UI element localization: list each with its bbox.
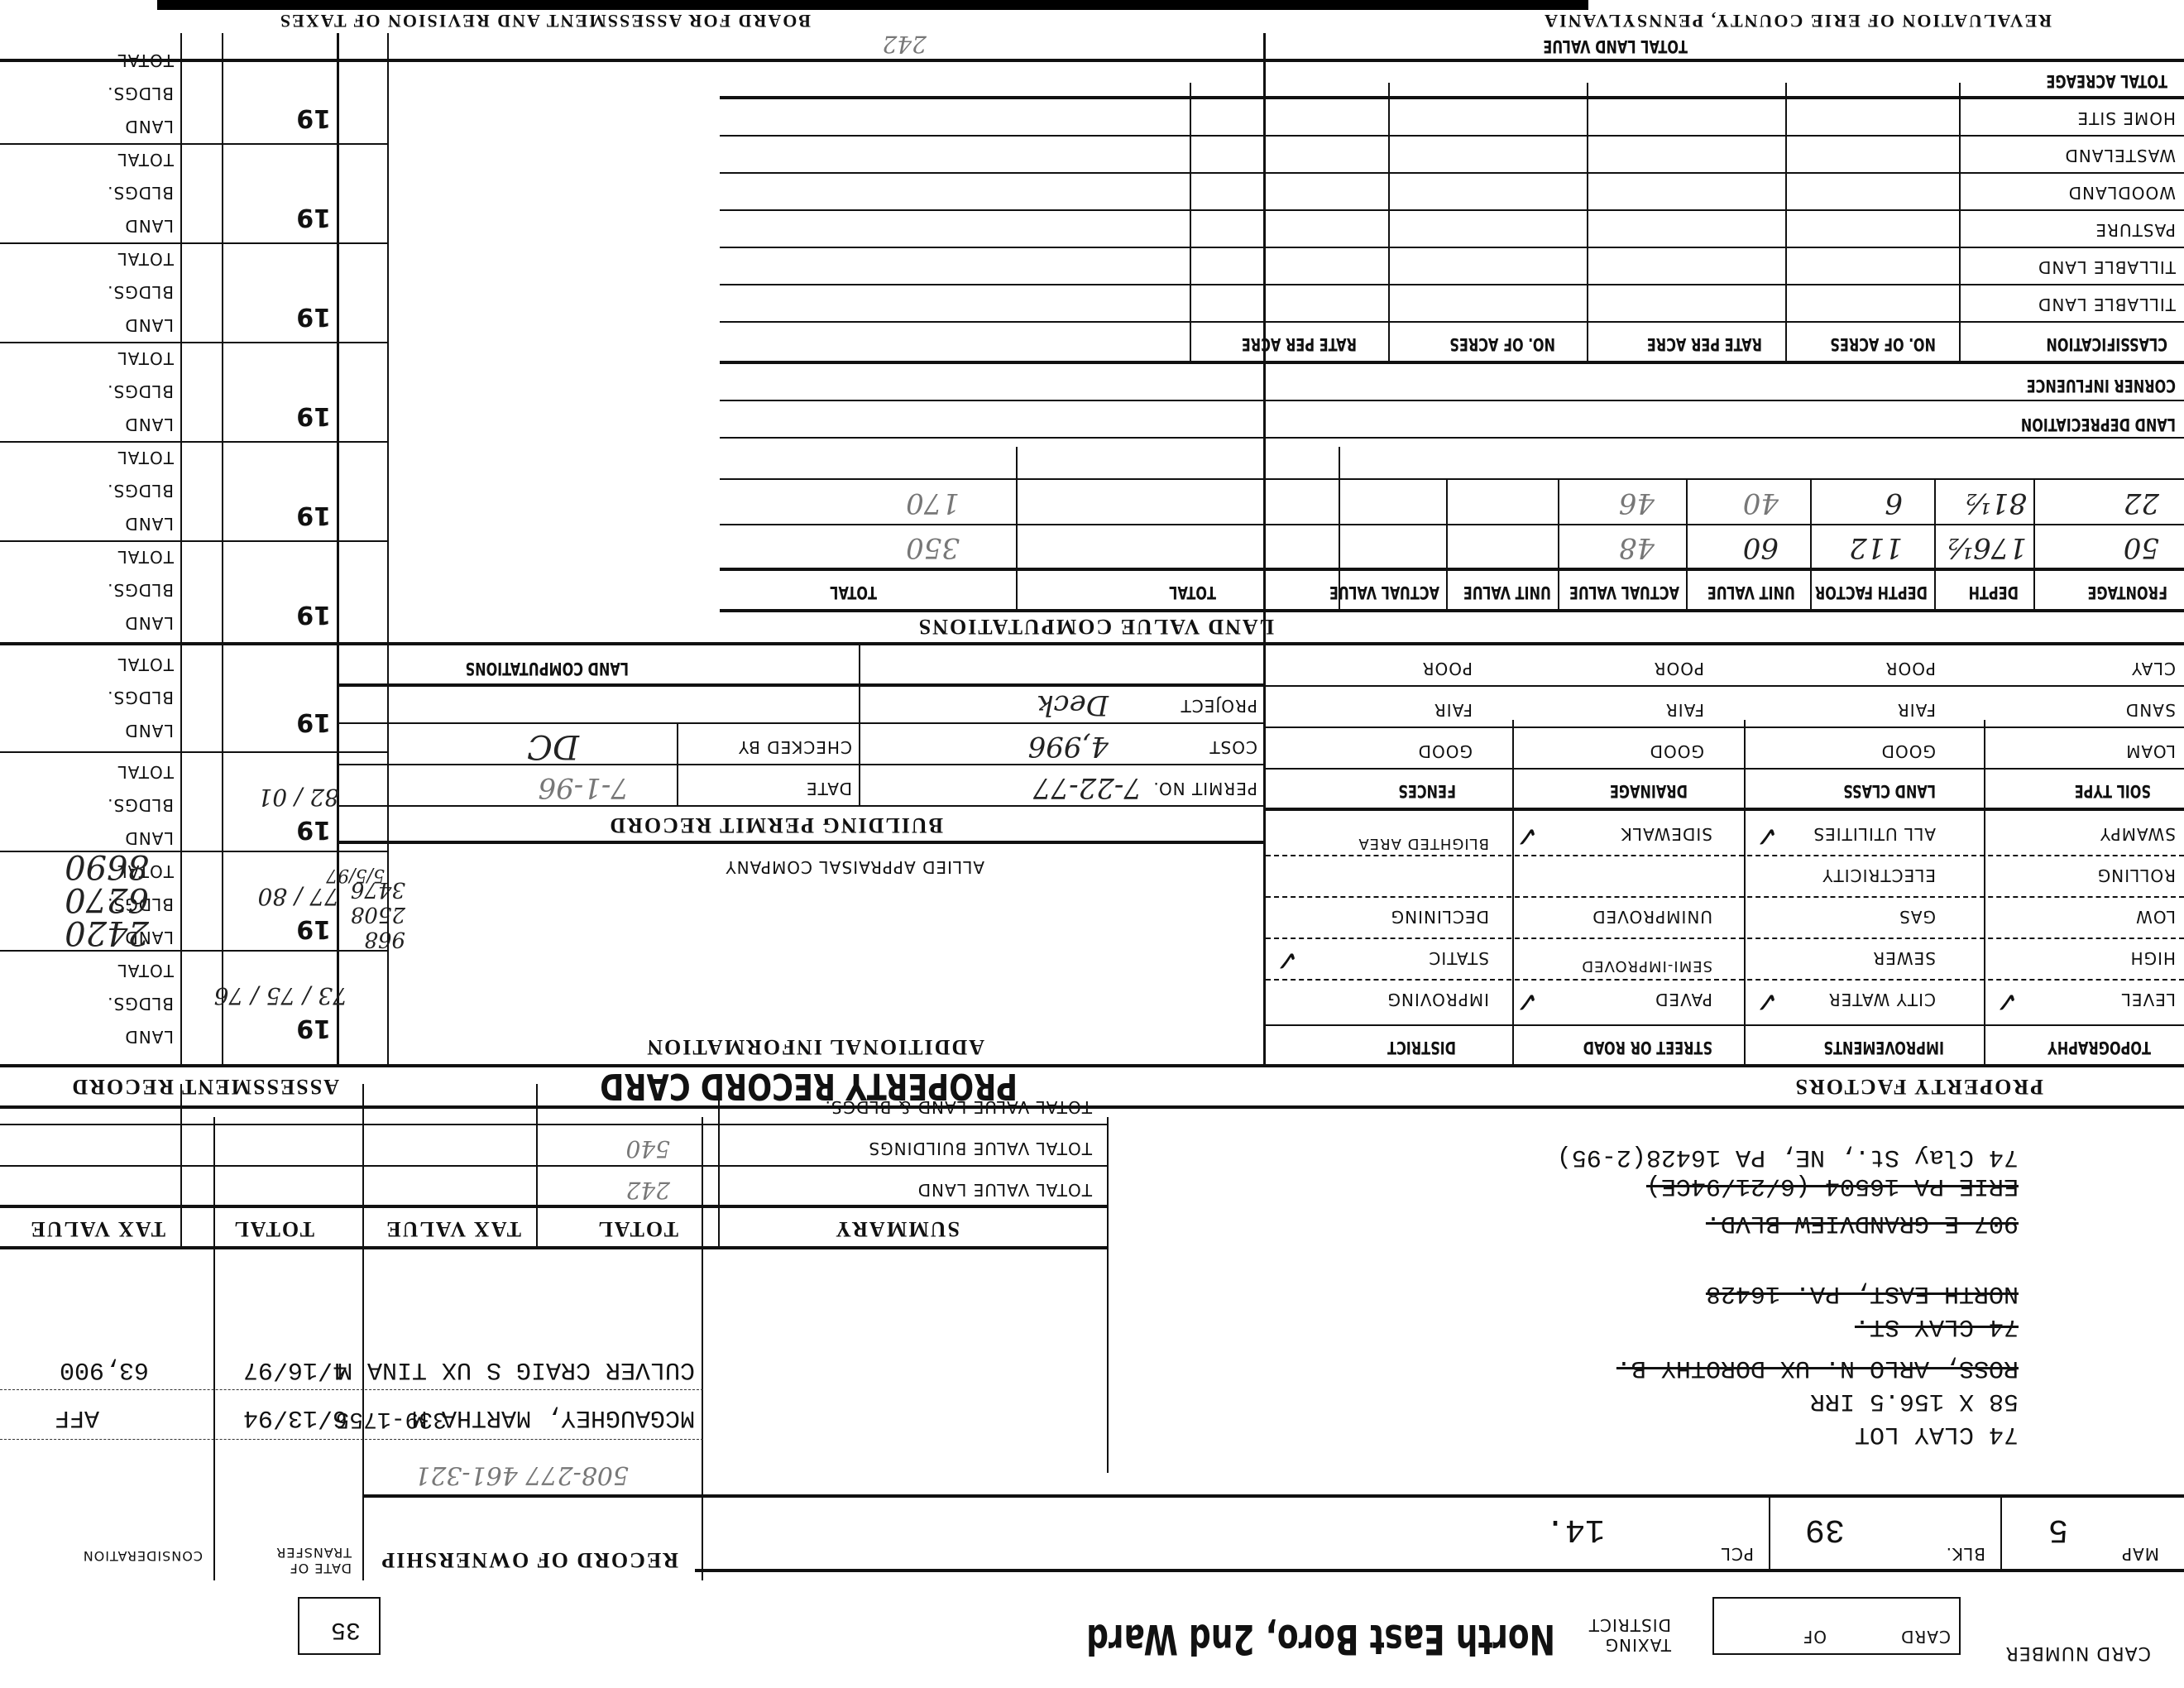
divider: [859, 724, 860, 807]
col-unit-value: UNIT VALUE: [1707, 583, 1795, 602]
total-land-value-label: TOTAL LAND VALUE: [1543, 36, 1688, 56]
divider: [720, 361, 2184, 364]
address-line: ERIE PA 16504 (6/21/94CE): [1646, 1172, 2019, 1200]
factor-declining[interactable]: DECLINING: [1391, 907, 1489, 927]
divider: [1587, 83, 1588, 364]
map-label: MAP: [2121, 1544, 2159, 1564]
divider: [364, 1494, 2184, 1498]
no-of-acres-header-2: NO. OF ACRES: [1449, 334, 1555, 354]
factor-low[interactable]: LOW: [2135, 907, 2176, 927]
soil-loam[interactable]: LOAM: [2125, 741, 2176, 761]
rate-per-acre-header-2: RATE PER ACRE: [1242, 334, 1357, 354]
divider: [0, 1205, 1109, 1208]
taxing-district-label: TAXING DISTRICT: [1580, 1615, 1671, 1655]
divider: [1744, 720, 1746, 1067]
fences-poor[interactable]: POOR: [1422, 659, 1473, 679]
acreage-pasture: PASTURE: [2095, 220, 2176, 240]
permit-date-value[interactable]: 7-1-96: [538, 771, 629, 804]
address-line: 74 CLAY LOT: [1855, 1420, 2019, 1448]
divider: [718, 1084, 720, 1249]
card-number-label: CARD NUMBER: [2005, 1642, 2151, 1663]
blk-value[interactable]: 39: [1805, 1510, 1845, 1547]
consideration-header: CONSIDERATION: [83, 1548, 203, 1564]
divider: [720, 400, 2184, 401]
fences-header: FENCES: [1398, 781, 1456, 801]
district-header: DISTRICT: [1387, 1038, 1456, 1057]
divider: [702, 1117, 703, 1580]
divider: [720, 437, 2184, 439]
divider: [1266, 979, 2184, 981]
divider: [0, 441, 389, 443]
col-depth-factor: DEPTH FACTOR: [1815, 583, 1928, 602]
address-line: ROSS, ARLO N. UX DOROTHY B.: [1616, 1354, 2019, 1382]
street-header: STREET OR ROAD: [1583, 1038, 1712, 1057]
divider: [0, 1246, 1109, 1249]
project-value[interactable]: Deck: [1037, 688, 1109, 722]
drainage-fair[interactable]: FAIR: [1665, 700, 1704, 720]
divider: [1266, 855, 2184, 856]
divider: [0, 242, 389, 244]
summary-title: SUMMARY: [834, 1216, 960, 1241]
factor-rolling[interactable]: ROLLING: [2097, 866, 2176, 885]
blk-label: BLK.: [1946, 1544, 1985, 1564]
factor-semi-improved[interactable]: SEMI-IMPROVED: [1581, 957, 1712, 975]
divider: [1959, 83, 1961, 364]
factor-unimproved[interactable]: UNIMPROVED: [1592, 907, 1712, 927]
divider: [0, 1105, 2184, 1109]
topography-header: TOPOGRAPHY: [2047, 1038, 2151, 1057]
divider: [362, 1084, 364, 1249]
address-line: 74 CLAY ST.: [1855, 1312, 2019, 1340]
divider: [0, 1389, 703, 1390]
total-land-value[interactable]: 242: [883, 31, 927, 58]
checkmark-icon: ✓: [1276, 943, 1300, 976]
cost-value[interactable]: 4,996: [1028, 730, 1109, 763]
acreage-tillable-1: TILLABLE LAND: [2038, 295, 2176, 314]
pcl-value[interactable]: 14.: [1545, 1510, 1605, 1547]
summary-total-header: TOTAL: [596, 1216, 678, 1241]
summary-total-header-2: TOTAL: [232, 1216, 314, 1241]
divider: [720, 478, 2184, 480]
divider: [695, 1569, 2184, 1572]
no-of-acres-header: NO. OF ACRES: [1830, 334, 1936, 354]
card-of-box[interactable]: CARD OF: [1712, 1597, 1961, 1655]
divider: [1263, 33, 1266, 1067]
soil-clay[interactable]: CLAY: [2131, 659, 2176, 679]
col-unit-value-2: UNIT VALUE: [1463, 583, 1551, 602]
divider: [1934, 480, 1936, 612]
factor-level[interactable]: LEVEL: [2121, 990, 2176, 1009]
map-value[interactable]: 5: [2048, 1510, 2068, 1547]
cost-label: COST: [1209, 737, 1257, 757]
divider: [720, 135, 2184, 137]
pcl-label: PCL: [1721, 1544, 1754, 1564]
divider: [720, 524, 2184, 525]
divider: [1810, 480, 1812, 612]
land-computations-title: LAND COMPUTATIONS: [466, 659, 629, 679]
assessment-total[interactable]: 8690: [65, 847, 149, 885]
divider: [339, 841, 1266, 844]
factor-electricity[interactable]: ELECTRICITY: [1822, 866, 1936, 885]
land-class-header: LAND CLASS: [1843, 781, 1936, 801]
land-depreciation-label: LAND DEPRECIATION: [2021, 415, 2176, 434]
divider: [339, 805, 1266, 807]
checkmark-icon: ✓: [1516, 819, 1540, 852]
divider: [1266, 1024, 2184, 1026]
col-depth: DEPTH: [1969, 583, 2019, 602]
divider: [0, 143, 389, 145]
factor-swampy[interactable]: SWAMPY: [2100, 824, 2176, 844]
assessment-block[interactable]: 19 LAND BLDGS. TOTAL: [0, 141, 339, 240]
divider: [1266, 685, 2184, 687]
land-class-fair[interactable]: FAIR: [1897, 700, 1936, 720]
address-line: 74 Clay St., NE, PA 16428(2-95): [1557, 1143, 2019, 1171]
scan-edge: [157, 0, 1588, 10]
divider: [0, 751, 389, 753]
summary-tax-value-header: TAX VALUE: [385, 1216, 521, 1241]
fences-fair[interactable]: FAIR: [1434, 700, 1473, 720]
divider: [339, 764, 1266, 765]
assessment-note: 5/5/97: [326, 865, 385, 885]
divider: [720, 609, 2184, 612]
divider: [1190, 83, 1191, 364]
revaluation-title: REVALUATION OF ERIE COUNTY, PENNSYLVANIA: [1543, 10, 2052, 31]
factor-city-water[interactable]: CITY WATER: [1828, 990, 1936, 1009]
address-line: NORTH EAST, PA. 16428: [1706, 1279, 2019, 1307]
divider: [720, 284, 2184, 285]
divider: [1016, 447, 1018, 612]
col-frontage: FRONTAGE: [2087, 583, 2167, 602]
improvements-header: IMPROVEMENTS: [1823, 1038, 1944, 1057]
assessment-block[interactable]: 19 77 / 80 LAND BLDGS. TOTAL: [0, 852, 339, 952]
factor-high[interactable]: HIGH: [2130, 948, 2176, 968]
acreage-total: TOTAL ACREAGE: [2046, 71, 2167, 91]
divider: [1266, 938, 2184, 939]
corner-influence-label: CORNER INFLUENCE: [2027, 376, 2176, 396]
divider: [1266, 808, 2184, 811]
acreage-home-site: HOME SITE: [2077, 108, 2176, 128]
divider: [1785, 83, 1787, 364]
divider: [859, 645, 860, 724]
divider: [2000, 1498, 2002, 1572]
ownership-title: RECORD OF OWNERSHIP: [380, 1547, 678, 1572]
assessment-bldgs[interactable]: 6270: [65, 880, 149, 918]
assessment-block[interactable]: 19 73 / 75 / 76 LAND BLDGS. TOTAL: [0, 952, 339, 1051]
divider: [1558, 480, 1559, 612]
divider: [720, 568, 2184, 571]
factor-sidewalk[interactable]: SIDEWALK: [1621, 824, 1712, 844]
divider: [1107, 1117, 1109, 1473]
col-actual-value: ACTUAL VALUE: [1569, 583, 1679, 602]
divider: [1446, 480, 1448, 612]
soil-type-header: SOIL TYPE: [2075, 781, 2151, 801]
checkmark-icon: ✓: [1516, 985, 1540, 1018]
permit-date-label: DATE: [806, 779, 852, 798]
building-permit-title: BUILDING PERMIT RECORD: [608, 813, 943, 837]
divider: [1266, 727, 2184, 728]
divider: [339, 722, 1266, 724]
divider: [1769, 1498, 1770, 1572]
divider: [720, 321, 2184, 323]
address-line: 58 X 156.5 IRR: [1810, 1387, 2019, 1415]
assessment-land[interactable]: 2420: [65, 914, 149, 952]
divider: [720, 172, 2184, 174]
property-factors-title: PROPERTY FACTORS: [1794, 1074, 2043, 1099]
page-number-box: 35: [298, 1597, 381, 1655]
divider: [2033, 480, 2035, 612]
acreage-woodland: WOODLAND: [2068, 183, 2176, 203]
drainage-header: DRAINAGE: [1610, 781, 1688, 801]
factor-improving[interactable]: IMPROVING: [1387, 990, 1489, 1009]
divider: [213, 1117, 215, 1580]
board-title: BOARD FOR ASSESSMENT AND REVISION OF TAX…: [279, 10, 811, 31]
fences-good[interactable]: GOOD: [1418, 741, 1473, 761]
divider: [0, 1064, 2184, 1067]
permit-no-value[interactable]: 7-22-77: [1033, 771, 1142, 804]
divider: [180, 1084, 182, 1249]
land-value-computations-title: LAND VALUE COMPUTATIONS: [917, 614, 1274, 639]
factor-sewer[interactable]: SEWER: [1872, 948, 1936, 968]
factor-static[interactable]: STATIC: [1428, 948, 1489, 968]
checkmark-icon: ✓: [1755, 985, 1779, 1018]
divider: [339, 683, 1266, 687]
divider: [0, 342, 389, 343]
assessment-block[interactable]: 19 LAND BLDGS. TOTAL: [0, 240, 339, 339]
assessment-block[interactable]: 19 LAND BLDGS. TOTAL: [0, 439, 339, 538]
factor-gas[interactable]: GAS: [1899, 907, 1936, 927]
divider: [720, 209, 2184, 211]
checked-by-label: CHECKED BY: [738, 737, 852, 757]
divider: [387, 33, 389, 1067]
property-record-card: CARD NUMBER CARD OF TAXING DISTRICT Nort…: [0, 0, 2184, 1688]
acreage-tillable-2: TILLABLE LAND: [2038, 257, 2176, 277]
drainage-good[interactable]: GOOD: [1650, 741, 1704, 761]
col-total-2: TOTAL: [830, 583, 877, 602]
divider: [1512, 720, 1514, 1067]
note: 968: [364, 927, 405, 952]
divider: [1266, 768, 2184, 770]
col-total: TOTAL: [1169, 583, 1216, 602]
factor-blighted-area[interactable]: BLIGHTED AREA: [1358, 835, 1489, 852]
land-class-good[interactable]: GOOD: [1881, 741, 1936, 761]
checkmark-icon: ✓: [1995, 985, 2019, 1018]
classification-header: CLASSIFICATION: [2046, 334, 2167, 354]
summary-tax-value-header-2: TAX VALUE: [29, 1216, 165, 1241]
divider: [1266, 896, 2184, 898]
project-label: PROJECT: [1181, 696, 1257, 716]
factor-all-utilities[interactable]: ALL UTILITIES: [1813, 824, 1936, 844]
taxing-district: North East Boro, 2nd Ward: [1086, 1615, 1555, 1663]
deed-book: 339-1755: [336, 1406, 447, 1431]
divider: [0, 1165, 1109, 1167]
divider: [1339, 447, 1340, 612]
assessment-block[interactable]: 19 LAND BLDGS. TOTAL: [0, 645, 339, 745]
address-line: 907 E GRANDVIEW BLVD.: [1706, 1209, 2019, 1237]
permit-no-label: PERMIT NO.: [1152, 779, 1257, 798]
summary-land-total[interactable]: 242: [626, 1177, 670, 1204]
divider: [0, 1439, 703, 1440]
divider: [720, 96, 2184, 99]
acreage-wasteland: WASTELAND: [2064, 146, 2176, 165]
col-actual-value-2: ACTUAL VALUE: [1329, 583, 1439, 602]
divider: [1984, 720, 1985, 1067]
divider: [1388, 83, 1390, 364]
factor-paved[interactable]: PAVED: [1655, 990, 1712, 1009]
checkmark-icon: ✓: [1755, 819, 1779, 852]
assessment-block[interactable]: 19 LAND BLDGS. TOTAL: [0, 339, 339, 439]
checked-by-value[interactable]: DC: [527, 727, 579, 765]
divider: [677, 724, 678, 807]
divider: [0, 540, 389, 542]
note: 2508: [351, 902, 405, 927]
card-title: PROPERTY RECORD CARD: [600, 1065, 1018, 1107]
rate-per-acre-header: RATE PER ACRE: [1647, 334, 1762, 354]
assessment-block[interactable]: 19 LAND BLDGS. TOTAL: [0, 58, 339, 141]
divider: [0, 1124, 1109, 1125]
land-class-poor[interactable]: POOR: [1885, 659, 1936, 679]
drainage-poor[interactable]: POOR: [1654, 659, 1704, 679]
divider: [536, 1084, 538, 1249]
additional-info-title: ADDITIONAL INFORMATION: [645, 1034, 984, 1059]
appraisal-company: ALLIED APPRAISAL COMPANY: [725, 857, 984, 877]
soil-sand[interactable]: SAND: [2125, 700, 2176, 720]
divider: [1686, 480, 1688, 612]
transfer-date-header: DATE OF TRANSFER: [227, 1545, 352, 1576]
divider: [720, 247, 2184, 248]
assessment-block[interactable]: 19 82 / 01 LAND BLDGS. TOTAL: [0, 753, 339, 852]
assessment-record-title: ASSESSMENT RECORD: [70, 1074, 339, 1099]
assessment-block[interactable]: 19 LAND BLDGS. TOTAL: [0, 538, 339, 637]
summary-bldgs-total[interactable]: 540: [626, 1135, 670, 1163]
